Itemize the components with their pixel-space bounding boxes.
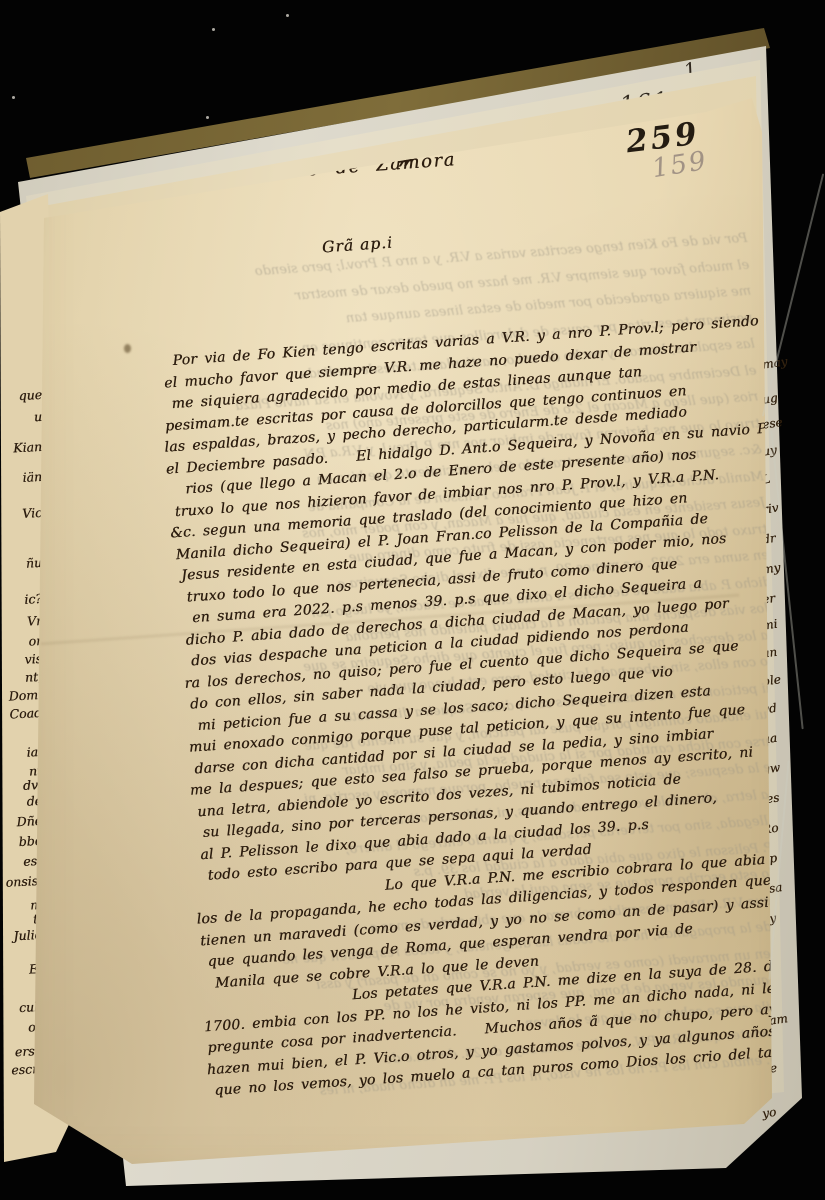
left-fragment-text: Dñe <box>0 813 42 830</box>
left-fragment-text: Vr <box>0 613 42 630</box>
left-fragment-text: de <box>0 793 42 810</box>
left-fragment-text: nt, <box>0 669 42 686</box>
left-fragment-text: Domi <box>0 687 42 704</box>
manuscript-photo: 1 161 mayugeseuyLrivdrmyermianblevduagwl… <box>0 0 825 1200</box>
left-fragment-text: ñu <box>0 555 42 572</box>
left-fragment-text: iän <box>0 469 42 486</box>
dust-speck <box>212 28 215 31</box>
left-fragment-text: que <box>0 387 42 404</box>
left-fragment-text: ia, <box>0 744 42 761</box>
left-fragment-text: bbè <box>0 833 42 850</box>
left-fragment-text: Coad <box>0 705 42 722</box>
ink-blot <box>124 344 131 353</box>
left-fragment-text: est <box>0 853 42 870</box>
left-fragment-text: or <box>0 633 42 650</box>
left-fragment-text: t. <box>0 911 42 928</box>
left-fragment-text: Vic <box>0 505 42 522</box>
letter-body: Por via de Fo Kien tengo escritas varias… <box>158 308 825 1102</box>
left-fragment-text: Kian <box>0 439 42 456</box>
left-fragment-text: vis <box>0 651 42 668</box>
left-fragment-text: ic? <box>0 591 42 608</box>
left-fragment-text: onsisi <box>0 873 42 890</box>
left-fragment-text: u <box>0 409 42 426</box>
dust-speck <box>12 96 15 99</box>
dust-speck <box>286 14 289 17</box>
left-fragment-text: dvi <box>0 777 42 794</box>
dust-speck <box>206 116 209 119</box>
